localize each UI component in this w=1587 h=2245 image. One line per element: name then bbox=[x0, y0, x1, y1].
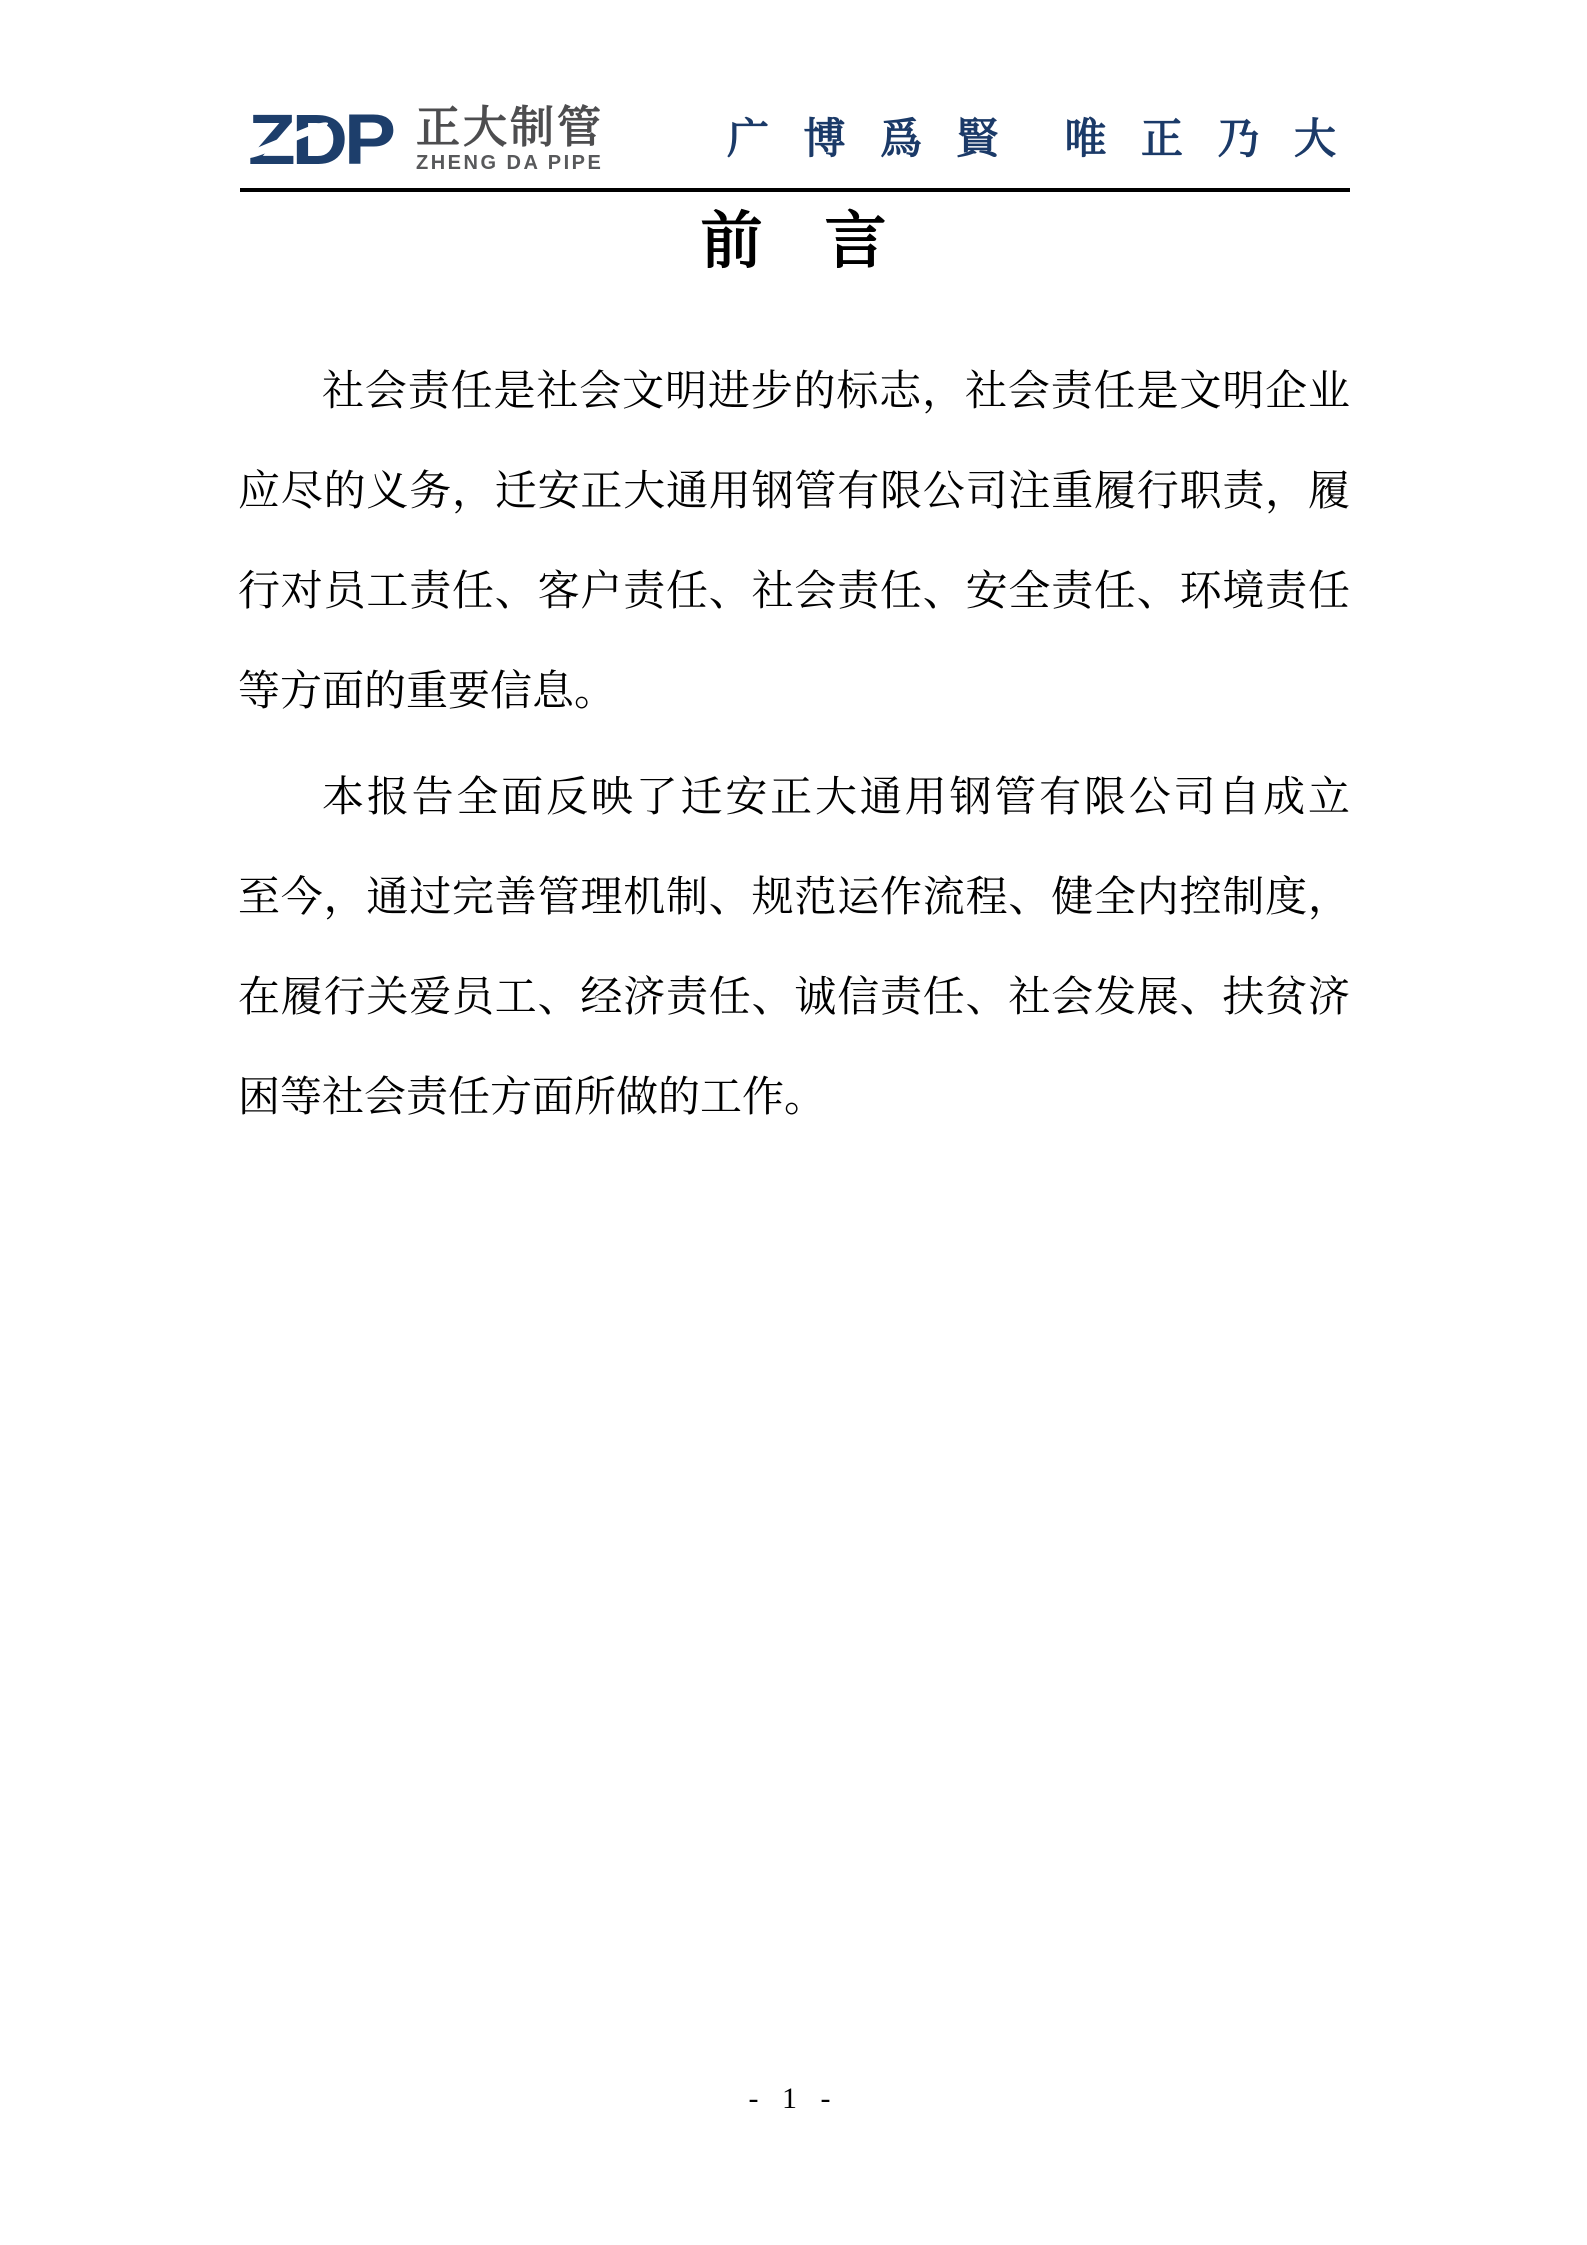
text-line: 在履行关爱员工、经济责任、诚信责任、社会发展、扶贫济 bbox=[238, 948, 1350, 1048]
text-line: 等方面的重要信息。 bbox=[238, 642, 1350, 742]
zdp-logo-acronym: ZDP bbox=[248, 99, 392, 180]
document-body: 社会责任是社会文明进步的标志，社会责任是文明企业应尽的义务，迁安正大通用钢管有限… bbox=[238, 342, 1350, 1154]
page-number: - 1 - bbox=[0, 2082, 1587, 2116]
header-motto: 广 博 爲 賢 唯 正 乃 大 bbox=[727, 118, 1348, 162]
zdp-logo-mark: ZDP bbox=[248, 109, 392, 170]
text-line: 社会责任是社会文明进步的标志，社会责任是文明企业 bbox=[238, 342, 1350, 442]
paragraph: 本报告全面反映了迁安正大通用钢管有限公司自成立至今，通过完善管理机制、规范运作流… bbox=[238, 748, 1350, 1148]
logo-company-name-en: ZHENG DA PIPE bbox=[416, 152, 604, 174]
company-logo: ZDP 正大制管 ZHENG DA PIPE bbox=[248, 106, 604, 174]
text-line: 行对员工责任、客户责任、社会责任、安全责任、环境责任 bbox=[238, 542, 1350, 642]
text-line: 本报告全面反映了迁安正大通用钢管有限公司自成立 bbox=[238, 748, 1350, 848]
paragraph: 社会责任是社会文明进步的标志，社会责任是文明企业应尽的义务，迁安正大通用钢管有限… bbox=[238, 342, 1350, 742]
header-divider bbox=[240, 188, 1350, 192]
logo-company-name-cn: 正大制管 bbox=[416, 106, 604, 150]
page-title: 前 言 bbox=[0, 204, 1587, 280]
page-header: ZDP 正大制管 ZHENG DA PIPE 广 博 爲 賢 唯 正 乃 大 bbox=[240, 0, 1350, 192]
document-page: ZDP 正大制管 ZHENG DA PIPE 广 博 爲 賢 唯 正 乃 大 前… bbox=[0, 0, 1587, 2245]
logo-text-block: 正大制管 ZHENG DA PIPE bbox=[416, 106, 604, 174]
text-line: 应尽的义务，迁安正大通用钢管有限公司注重履行职责，履 bbox=[238, 442, 1350, 542]
text-line: 困等社会责任方面所做的工作。 bbox=[238, 1048, 1350, 1148]
text-line: 至今，通过完善管理机制、规范运作流程、健全内控制度， bbox=[238, 848, 1350, 948]
